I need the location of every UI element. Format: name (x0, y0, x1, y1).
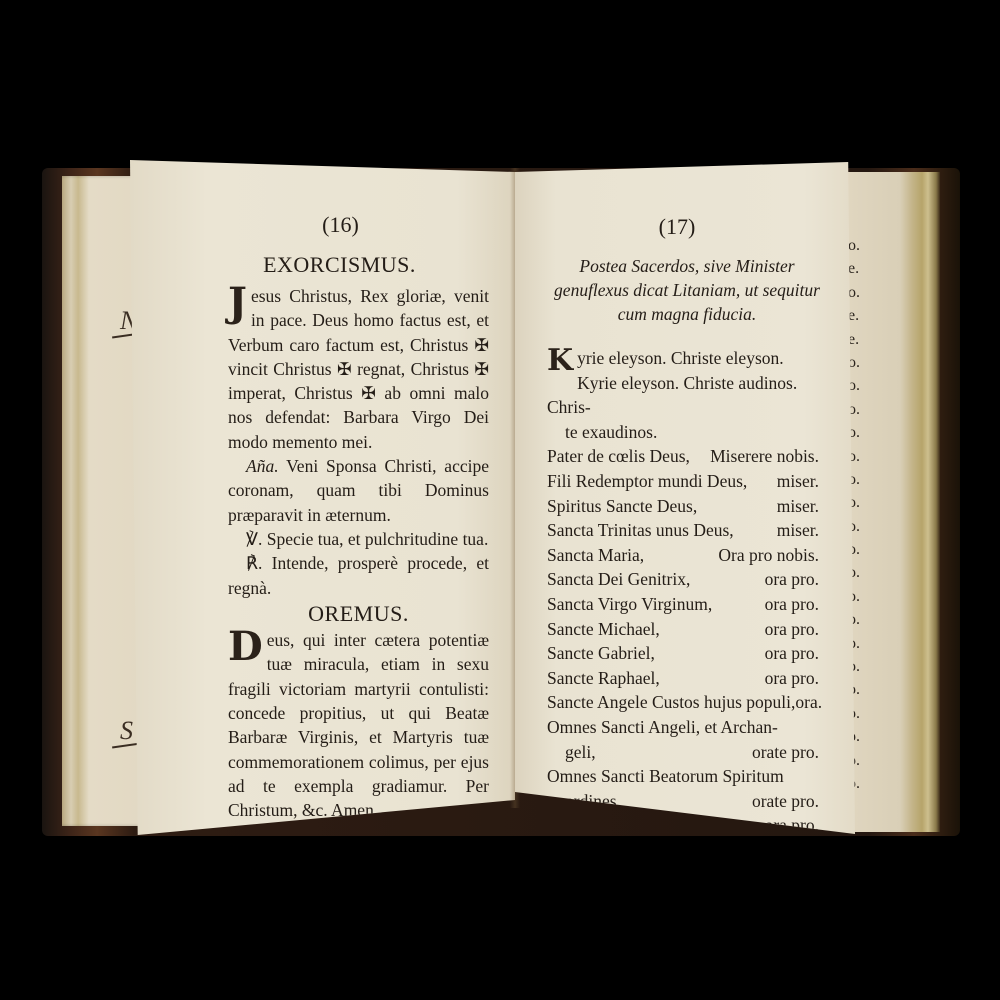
kyrie-line-2: Kyrie eleyson. Christe audinos. Chris- (547, 371, 819, 420)
litany-row: Omnes Sancti Beatorum Spiritum (547, 764, 819, 789)
litany-row: Fili Redemptor mundi Deus,miser. (547, 469, 819, 494)
heading-exorcismus: EXORCISMUS. (164, 252, 515, 278)
litany-row: Sancte Gabriel,ora pro. (547, 641, 819, 666)
left-page-body: Jesus Christus, Rex gloriæ, venit in pac… (228, 284, 489, 823)
antiphon: Aña. Veni Sponsa Christi, accipe coronam… (228, 454, 489, 527)
prayer-paragraph: Deus, qui inter cætera potentiæ tuæ mira… (228, 628, 489, 822)
litany-row: Sancta Trinitas unus Deus,miser. (547, 518, 819, 543)
litany-row: geli,orate pro. (547, 740, 819, 765)
litany-row: Sancte Angele Custos hujus populi,ora. (547, 690, 819, 715)
page-number-right: (17) (515, 214, 855, 240)
litany-row: Sancte Michael,ora pro. (547, 617, 819, 642)
kyrie-line-1: Kyrie eleyson. Christe eleyson. (547, 346, 819, 371)
litany-body: Kyrie eleyson. Christe eleyson. Kyrie el… (547, 346, 819, 862)
dropcap-j: J (228, 286, 247, 320)
signature-mark: B (547, 838, 819, 863)
handwritten-mark-bottom: S (120, 716, 133, 746)
litany-row: Spiritus Sancte Deus,miser. (547, 494, 819, 519)
litany-row: Sancte Raphael,ora pro. (547, 666, 819, 691)
right-page: (17) Postea Sacerdos, sive Minister genu… (515, 162, 855, 834)
dropcap-k: K (547, 348, 573, 374)
litany-row: Omnes Sancti Angeli, et Archan- (547, 715, 819, 740)
page-number-left: (16) (130, 212, 515, 238)
litany-row: Sancta Maria,Ora pro nobis. (547, 543, 819, 568)
litany-row: Pater de cœlis Deus,Miserere nobis. (547, 444, 819, 469)
versicle: ℣. Specie tua, et pulchritudine tua. (228, 527, 489, 551)
dropcap-d: D (228, 630, 263, 664)
rubric-instruction: Postea Sacerdos, sive Minister genuflexu… (547, 254, 827, 326)
heading-oremus: OREMUS. (228, 602, 489, 626)
litany-row: Sancta Virgo Virginum,ora pro. (547, 592, 819, 617)
response: ℟. Intende, prosperè procede, et regnà. (228, 551, 489, 600)
exorcism-paragraph: Jesus Christus, Rex gloriæ, venit in pac… (228, 284, 489, 454)
litany-row: Sancta Dei Genitrix,ora pro. (547, 567, 819, 592)
left-page: (16) EXORCISMUS. Jesus Christus, Rex glo… (130, 160, 515, 835)
kyrie-line-3: te exaudinos. (547, 420, 819, 445)
